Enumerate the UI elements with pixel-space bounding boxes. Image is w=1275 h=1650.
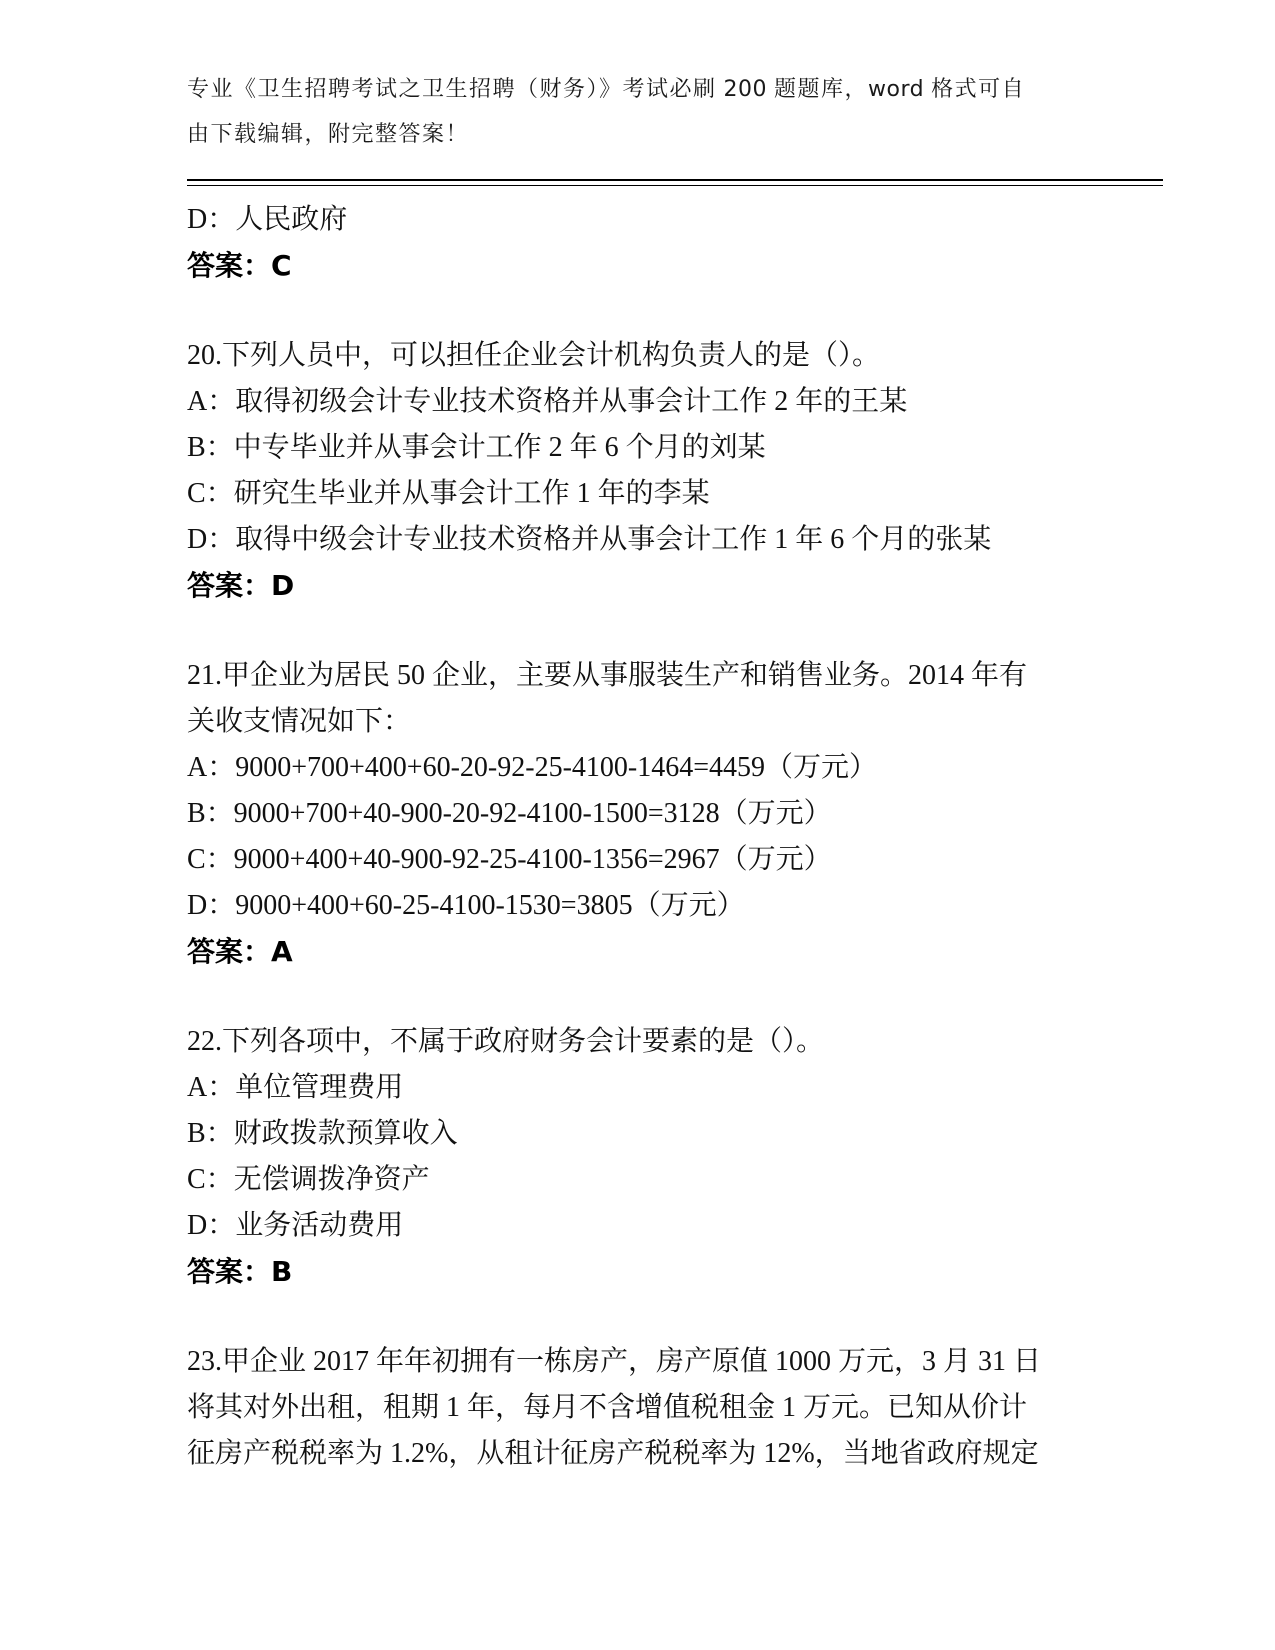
text-line: 21.甲企业为居民 50 企业，主要从事服装生产和销售业务。2014 年有 [187,653,1117,699]
header-text-segment: word [868,77,924,102]
answer-line: 答案：A [187,929,1117,975]
text-line: C：无偿调拨净资产 [187,1157,1117,1203]
text-line: A：取得初级会计专业技术资格并从事会计工作 2 年的王某 [187,379,1117,425]
header-title: 专业《卫生招聘考试之卫生招聘（财务）》考试必刷 200 题题库，word 格式可… [187,67,1087,156]
question-23-partial: 23.甲企业 2017 年年初拥有一栋房产，房产原值 1000 万元，3 月 3… [187,1339,1117,1477]
question-20: 20.下列人员中，可以担任企业会计机构负责人的是（）。A：取得初级会计专业技术资… [187,333,1117,609]
question-22: 22.下列各项中，不属于政府财务会计要素的是（）。A：单位管理费用B：财政拨款预… [187,1019,1117,1295]
text-line: A：9000+700+400+60-20-92-25-4100-1464=445… [187,745,1117,791]
text-line: 23.甲企业 2017 年年初拥有一栋房产，房产原值 1000 万元，3 月 3… [187,1339,1117,1385]
text-line: C：研究生毕业并从事会计工作 1 年的李某 [187,471,1117,517]
header-text-segment: 200 [724,77,768,102]
header-rule [187,179,1163,186]
text-line: B：中专毕业并从事会计工作 2 年 6 个月的刘某 [187,425,1117,471]
answer-line: 答案：B [187,1249,1117,1295]
text-line: A：单位管理费用 [187,1065,1117,1111]
text-line: 关收支情况如下： [187,699,1117,745]
answer-line: 答案：D [187,563,1117,609]
document-body: D：人民政府答案：C20.下列人员中，可以担任企业会计机构负责人的是（）。A：取… [187,197,1117,1521]
header-text-segment: 由下载编辑，附完整答案！ [187,121,469,146]
text-line: D：人民政府 [187,197,1117,243]
question-21: 21.甲企业为居民 50 企业，主要从事服装生产和销售业务。2014 年有关收支… [187,653,1117,975]
text-line: C：9000+400+40-900-92-25-4100-1356=2967（万… [187,837,1117,883]
text-line: 将其对外出租，租期 1 年，每月不含增值税租金 1 万元。已知从价计 [187,1385,1117,1431]
text-line: 征房产税税率为 1.2%，从租计征房产税税率为 12%，当地省政府规定 [187,1431,1117,1477]
text-line: B：财政拨款预算收入 [187,1111,1117,1157]
page-header: 专业《卫生招聘考试之卫生招聘（财务）》考试必刷 200 题题库，word 格式可… [187,67,1087,156]
text-line: D：业务活动费用 [187,1203,1117,1249]
document-page: 专业《卫生招聘考试之卫生招聘（财务）》考试必刷 200 题题库，word 格式可… [0,0,1275,1650]
header-text-segment: 题题库， [767,76,868,101]
text-line: 22.下列各项中，不属于政府财务会计要素的是（）。 [187,1019,1117,1065]
text-line: D：取得中级会计专业技术资格并从事会计工作 1 年 6 个月的张某 [187,517,1117,563]
header-line: 由下载编辑，附完整答案！ [187,112,1087,156]
text-line: B：9000+700+40-900-20-92-4100-1500=3128（万… [187,791,1117,837]
text-line: 20.下列人员中，可以担任企业会计机构负责人的是（）。 [187,333,1117,379]
answer-line: 答案：C [187,243,1117,289]
text-line: D：9000+400+60-25-4100-1530=3805（万元） [187,883,1117,929]
question-19-tail: D：人民政府答案：C [187,197,1117,289]
header-text-segment: 格式可自 [924,76,1025,101]
header-line: 专业《卫生招聘考试之卫生招聘（财务）》考试必刷 200 题题库，word 格式可… [187,67,1087,112]
header-text-segment: 专业《卫生招聘考试之卫生招聘（财务）》考试必刷 [187,76,724,101]
